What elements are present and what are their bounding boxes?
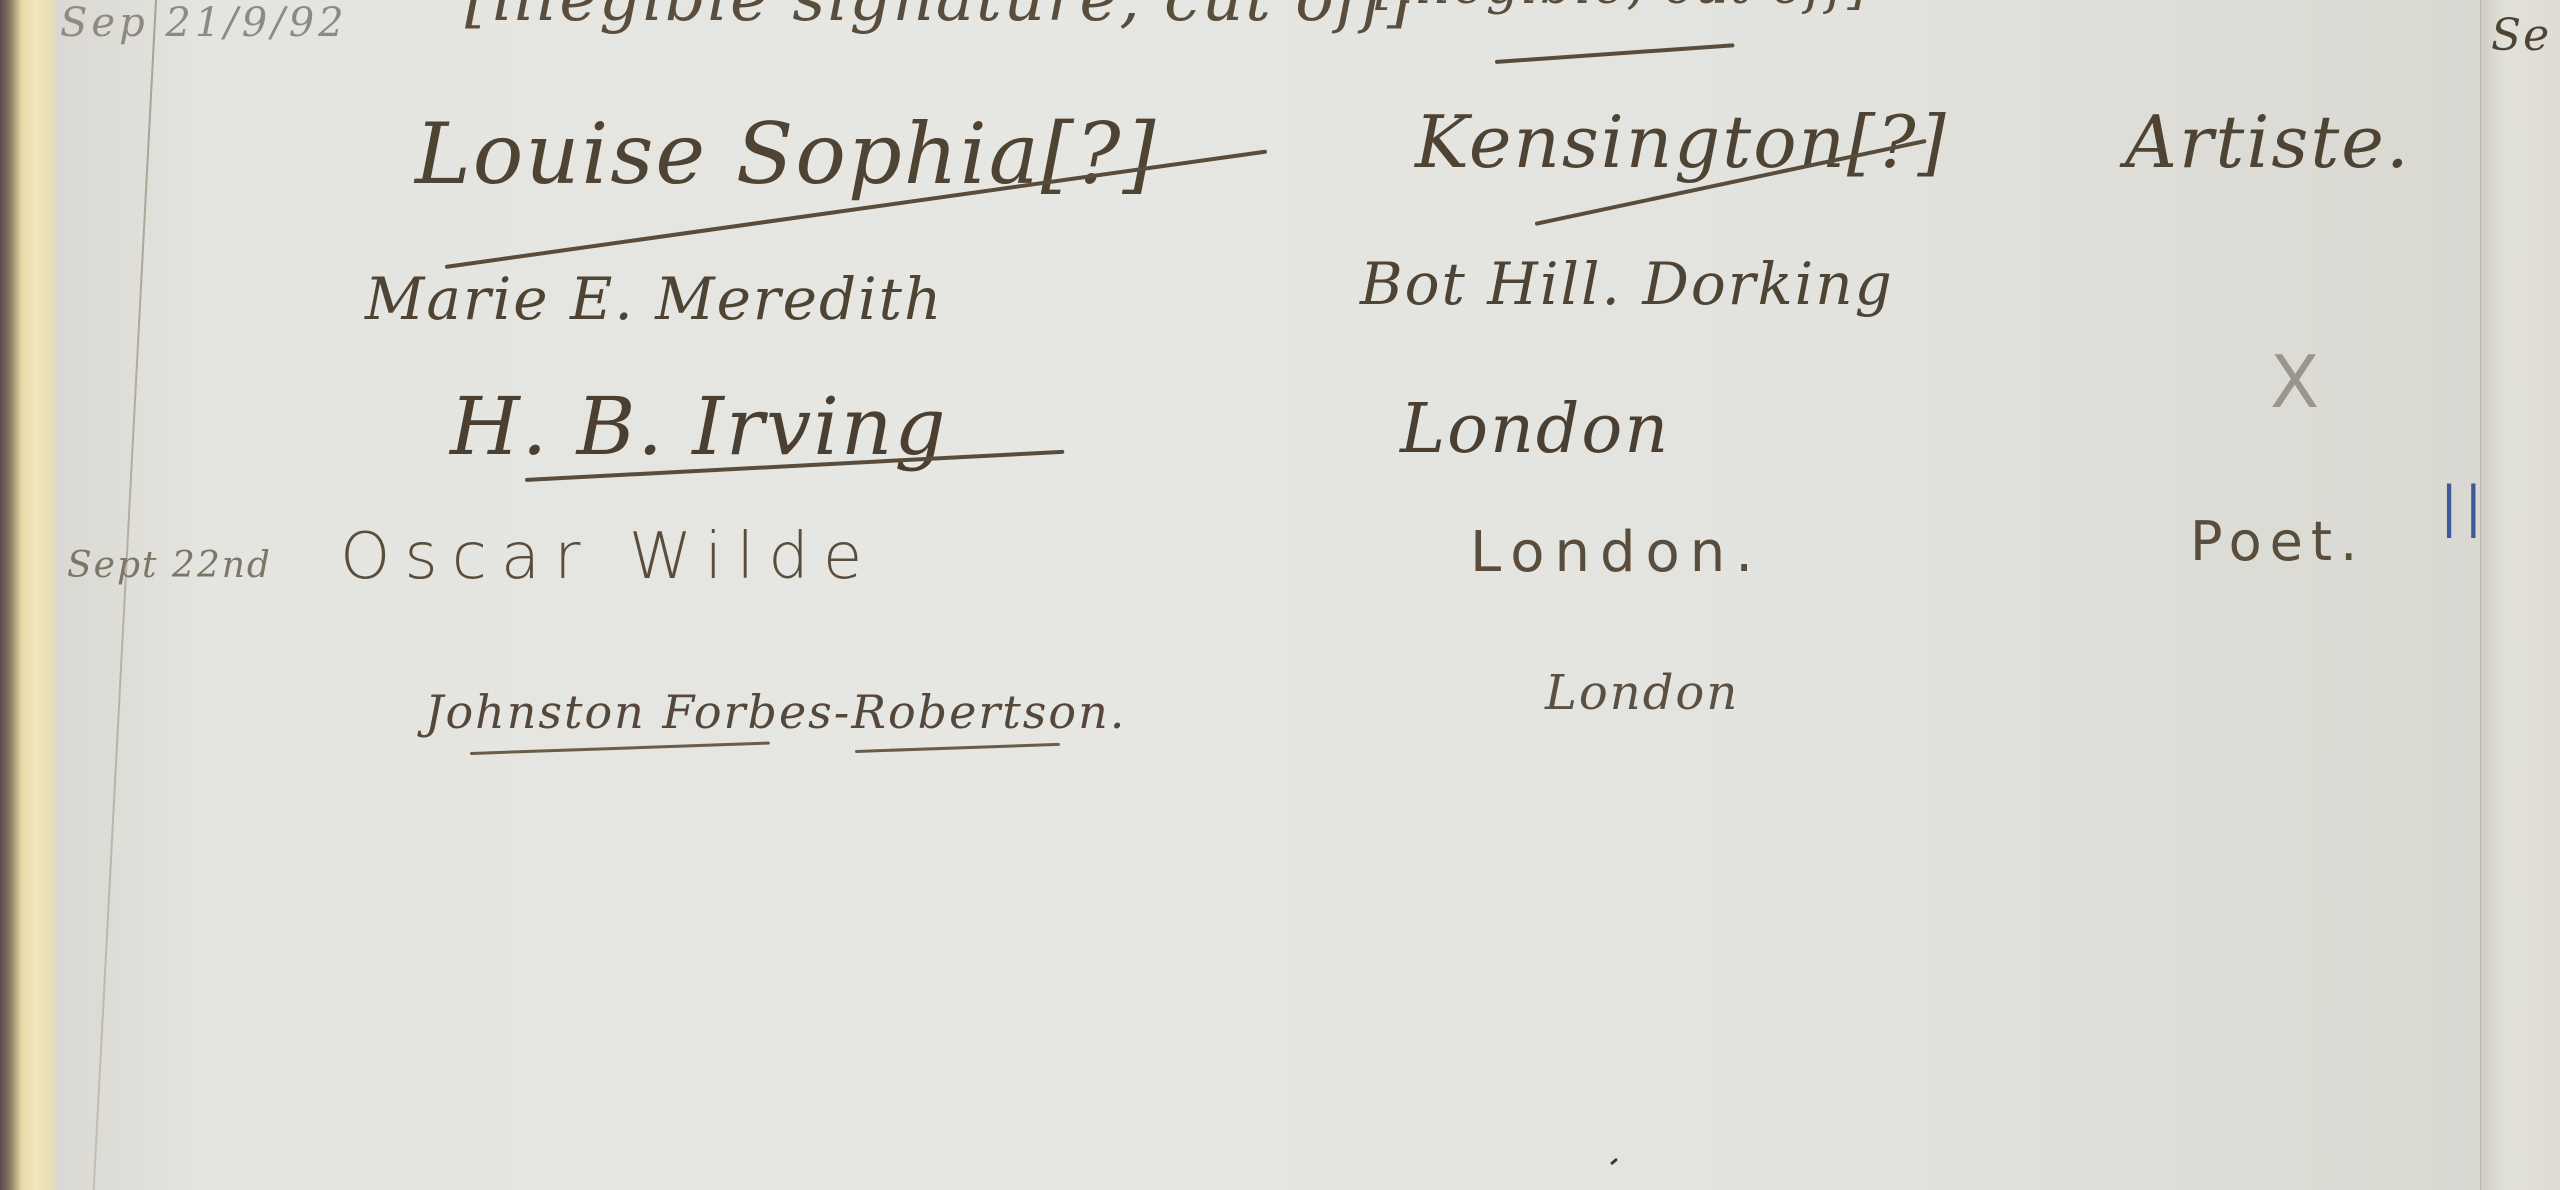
- entry-residence-3: London: [1400, 390, 1670, 469]
- register-page: Sep 21/9/92 [illegible signature, cut of…: [55, 0, 2480, 1190]
- entry-1-residence-overline: [1495, 43, 1735, 64]
- next-page-date-fragment: Se: [2491, 10, 2551, 61]
- entry-5-underline-b: [855, 743, 1060, 753]
- entry-profession-4: Poet.: [2190, 510, 2365, 573]
- margin-date-top: Sep 21/9/92: [60, 0, 348, 46]
- entry-name-1: Louise Sophia[?]: [415, 105, 1157, 203]
- ink-speck: [1610, 1158, 1618, 1165]
- entry-residence-1: Kensington[?]: [1415, 100, 1948, 184]
- partial-text-top-right: [illegible, cut off]: [1375, 0, 1870, 16]
- entry-name-2: Marie E. Meredith: [365, 265, 943, 333]
- entry-profession-1: Artiste.: [2125, 100, 2411, 184]
- entry-residence-4: London.: [1470, 520, 1763, 585]
- margin-rule: [93, 0, 157, 1190]
- adjacent-page-edge: Se: [2480, 0, 2560, 1190]
- entry-name-4: Oscar Wilde: [340, 520, 876, 594]
- pencil-x-mark: X: [2270, 340, 2325, 424]
- entry-residence-5: London: [1545, 665, 1739, 721]
- entry-residence-2: Bot Hill. Dorking: [1360, 250, 1894, 318]
- margin-date-oscar: Sept 22nd: [67, 545, 272, 586]
- partial-signature-top-left: [illegible signature, cut off]: [465, 0, 1414, 36]
- entry-name-5: Johnston Forbes-Robertson.: [425, 685, 1126, 739]
- entry-5-underline-a: [470, 742, 770, 755]
